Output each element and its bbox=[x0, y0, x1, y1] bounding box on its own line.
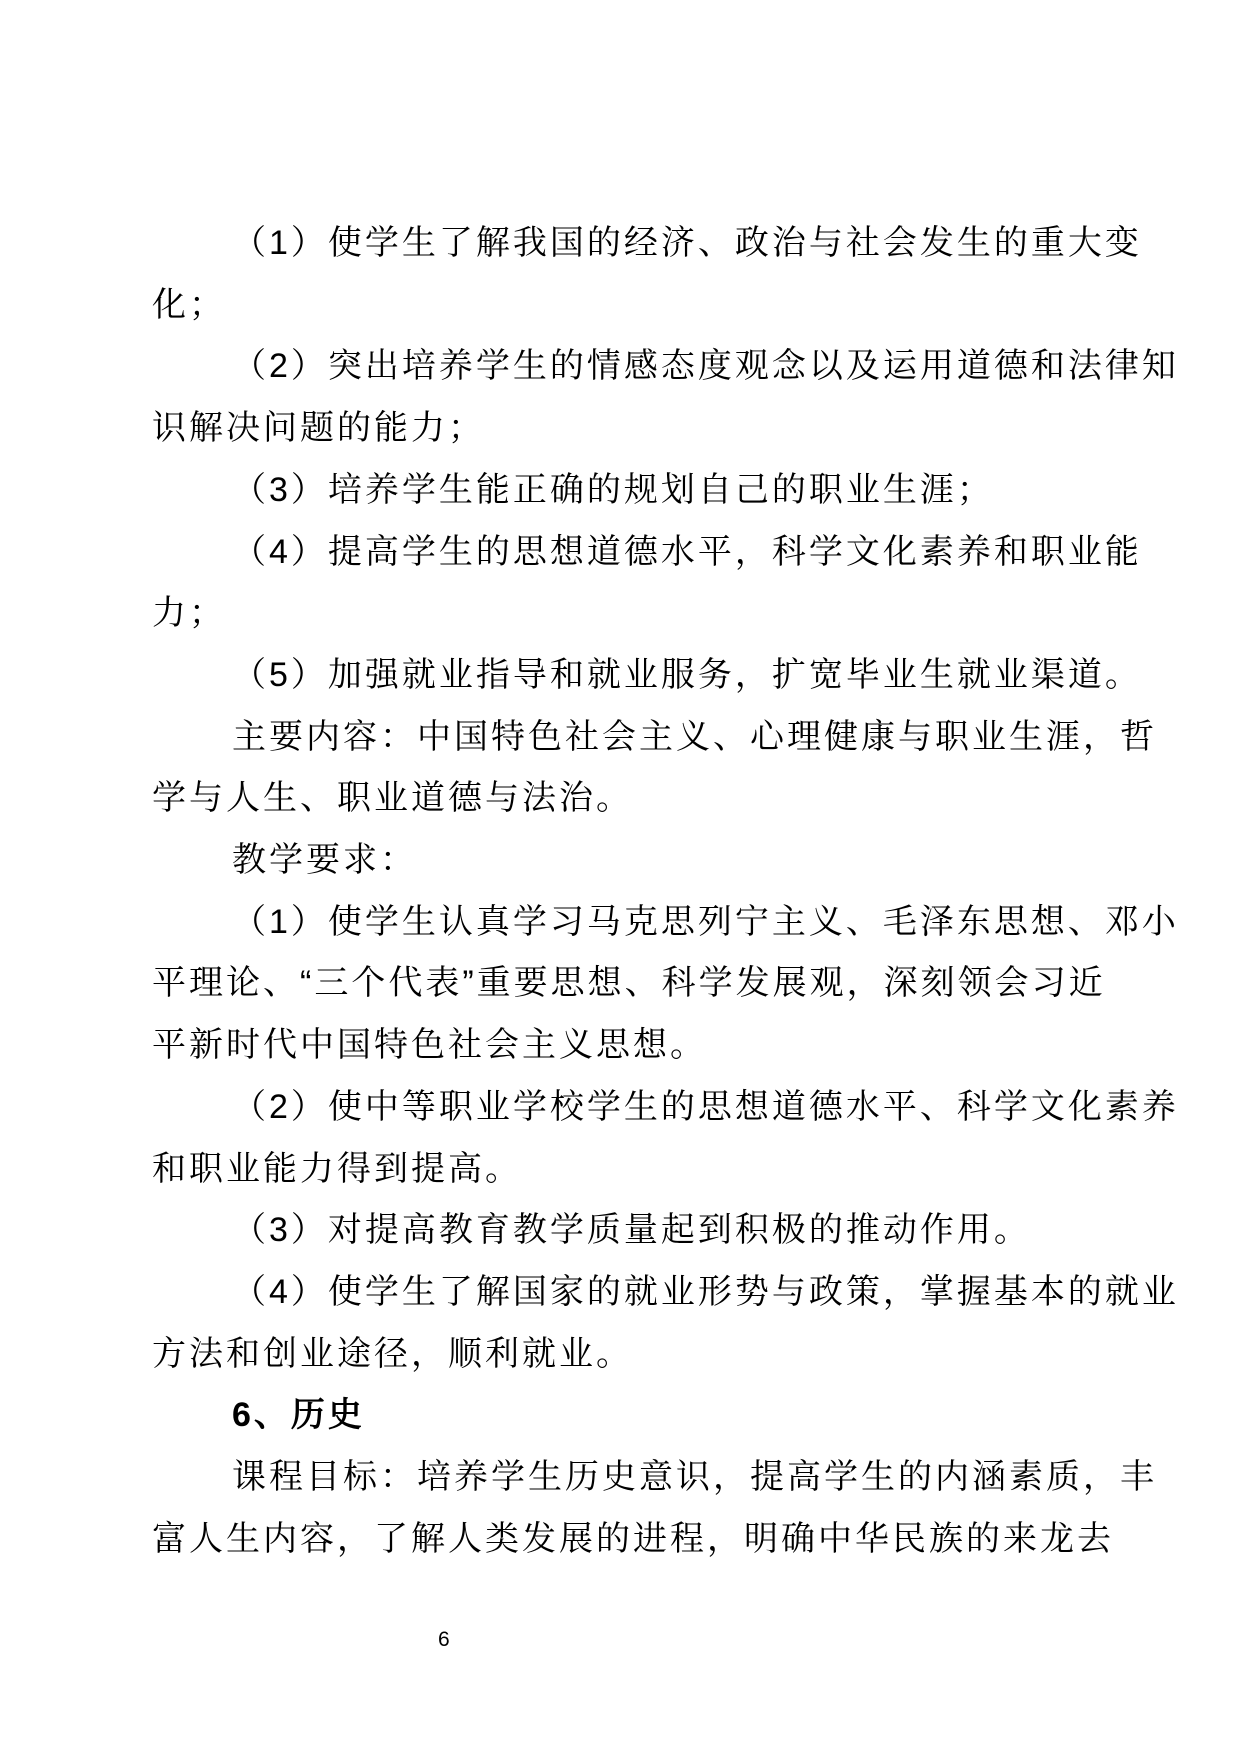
objective-item-4: （4）提高学生的思想道德水平，科学文化素养和职业能 力； bbox=[152, 522, 1092, 645]
objective-item-2-line-1: （2）突出培养学生的情感态度观念以及运用道德和法律知 bbox=[152, 336, 1092, 398]
main-content-line-1: 主要内容：中国特色社会主义、心理健康与职业生涯，哲 bbox=[152, 707, 1092, 769]
requirement-item-1: （1）使学生认真学习马克思列宁主义、毛泽东思想、邓小 平理论、“三个代表”重要思… bbox=[152, 892, 1092, 1077]
course-goal-line-2: 富人生内容，了解人类发展的进程，明确中华民族的来龙去 bbox=[152, 1509, 1092, 1571]
page-number: 6 bbox=[438, 1628, 450, 1652]
main-content-paragraph: 主要内容：中国特色社会主义、心理健康与职业生涯，哲 学与人生、职业道德与法治。 bbox=[152, 707, 1092, 830]
requirement-item-3-line-1: （3）对提高教育教学质量起到积极的推动作用。 bbox=[152, 1200, 1092, 1262]
requirement-item-2-line-2: 和职业能力得到提高。 bbox=[152, 1139, 1092, 1201]
requirement-item-4-line-1: （4）使学生了解国家的就业形势与政策，掌握基本的就业 bbox=[152, 1262, 1092, 1324]
teaching-requirements-label: 教学要求： bbox=[152, 830, 1092, 892]
main-content-line-2: 学与人生、职业道德与法治。 bbox=[152, 768, 1092, 830]
document-body: （1）使学生了解我国的经济、政治与社会发生的重大变 化； （2）突出培养学生的情… bbox=[152, 213, 1092, 1570]
objective-item-1: （1）使学生了解我国的经济、政治与社会发生的重大变 化； bbox=[152, 213, 1092, 336]
requirement-item-3: （3）对提高教育教学质量起到积极的推动作用。 bbox=[152, 1200, 1092, 1262]
requirement-item-4: （4）使学生了解国家的就业形势与政策，掌握基本的就业 方法和创业途径，顺利就业。 bbox=[152, 1262, 1092, 1385]
section-heading-history: 6、历史 bbox=[152, 1385, 1092, 1447]
requirement-item-2: （2）使中等职业学校学生的思想道德水平、科学文化素养 和职业能力得到提高。 bbox=[152, 1077, 1092, 1200]
objective-item-1-line-1: （1）使学生了解我国的经济、政治与社会发生的重大变 bbox=[152, 213, 1092, 275]
course-goal-paragraph: 课程目标：培养学生历史意识，提高学生的内涵素质，丰 富人生内容，了解人类发展的进… bbox=[152, 1447, 1092, 1570]
objective-item-2-line-2: 识解决问题的能力； bbox=[152, 398, 1092, 460]
requirement-item-1-line-1: （1）使学生认真学习马克思列宁主义、毛泽东思想、邓小 bbox=[152, 892, 1092, 954]
objective-item-3: （3）培养学生能正确的规划自己的职业生涯； bbox=[152, 460, 1092, 522]
teaching-requirements-line-1: 教学要求： bbox=[152, 830, 1092, 892]
objective-item-5-line-1: （5）加强就业指导和就业服务，扩宽毕业生就业渠道。 bbox=[152, 645, 1092, 707]
requirement-item-2-line-1: （2）使中等职业学校学生的思想道德水平、科学文化素养 bbox=[152, 1077, 1092, 1139]
objective-item-2: （2）突出培养学生的情感态度观念以及运用道德和法律知 识解决问题的能力； bbox=[152, 336, 1092, 459]
requirement-item-1-line-3: 平新时代中国特色社会主义思想。 bbox=[152, 1015, 1092, 1077]
requirement-item-1-line-2: 平理论、“三个代表”重要思想、科学发展观，深刻领会习近 bbox=[152, 953, 1092, 1015]
objective-item-3-line-1: （3）培养学生能正确的规划自己的职业生涯； bbox=[152, 460, 1092, 522]
objective-item-1-line-2: 化； bbox=[152, 275, 1092, 337]
requirement-item-4-line-2: 方法和创业途径，顺利就业。 bbox=[152, 1324, 1092, 1386]
section-heading-history-text: 6、历史 bbox=[152, 1385, 1092, 1447]
objective-item-5: （5）加强就业指导和就业服务，扩宽毕业生就业渠道。 bbox=[152, 645, 1092, 707]
objective-item-4-line-2: 力； bbox=[152, 583, 1092, 645]
course-goal-line-1: 课程目标：培养学生历史意识，提高学生的内涵素质，丰 bbox=[152, 1447, 1092, 1509]
objective-item-4-line-1: （4）提高学生的思想道德水平，科学文化素养和职业能 bbox=[152, 522, 1092, 584]
document-page: （1）使学生了解我国的经济、政治与社会发生的重大变 化； （2）突出培养学生的情… bbox=[0, 0, 1240, 1754]
